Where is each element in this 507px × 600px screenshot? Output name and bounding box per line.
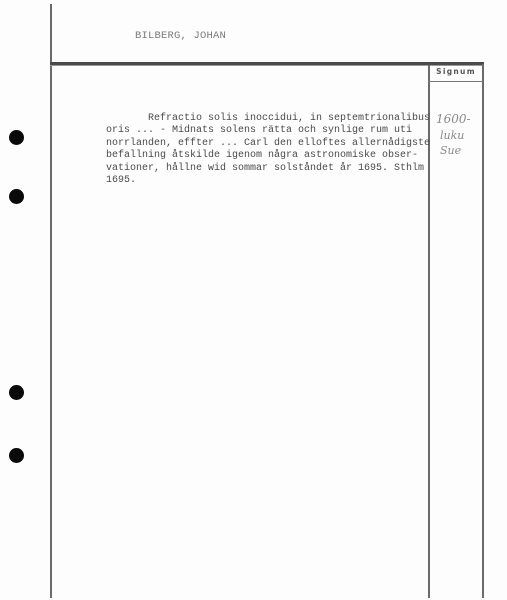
- signum-column-header: Signum: [429, 67, 483, 76]
- bibliographic-entry: Refractio solis inoccidui, in septemtrio…: [106, 113, 428, 187]
- entry-line: oris ... - Midnats solens rätta och synl…: [106, 125, 412, 136]
- punch-hole: [9, 189, 24, 204]
- signum-handwritten-line: Sue: [440, 143, 461, 158]
- entry-line: norrlanden, effter ... Carl den elloftes…: [106, 138, 430, 149]
- punch-hole: [9, 130, 24, 145]
- entry-line: 1695.: [106, 175, 136, 186]
- signum-handwritten-line: 1600-: [436, 112, 471, 127]
- signum-header-rule: [428, 81, 483, 82]
- entry-line: befallning åtskilde igenom några astrono…: [106, 150, 418, 161]
- left-margin-rule: [50, 4, 52, 598]
- entry-line: vationer, hållne wid sommar solståndet å…: [106, 163, 424, 174]
- signum-column-right-rule: [482, 64, 484, 598]
- catalog-card: BILBERG, JOHAN Signum Refractio solis in…: [0, 0, 507, 600]
- author-heading: BILBERG, JOHAN: [135, 30, 226, 42]
- punch-hole: [9, 385, 24, 400]
- signum-handwritten-line: luku: [440, 128, 464, 143]
- punch-hole: [9, 448, 24, 463]
- entry-line: Refractio solis inoccidui, in septemtrio…: [106, 113, 430, 124]
- header-rule-thin: [50, 65, 484, 66]
